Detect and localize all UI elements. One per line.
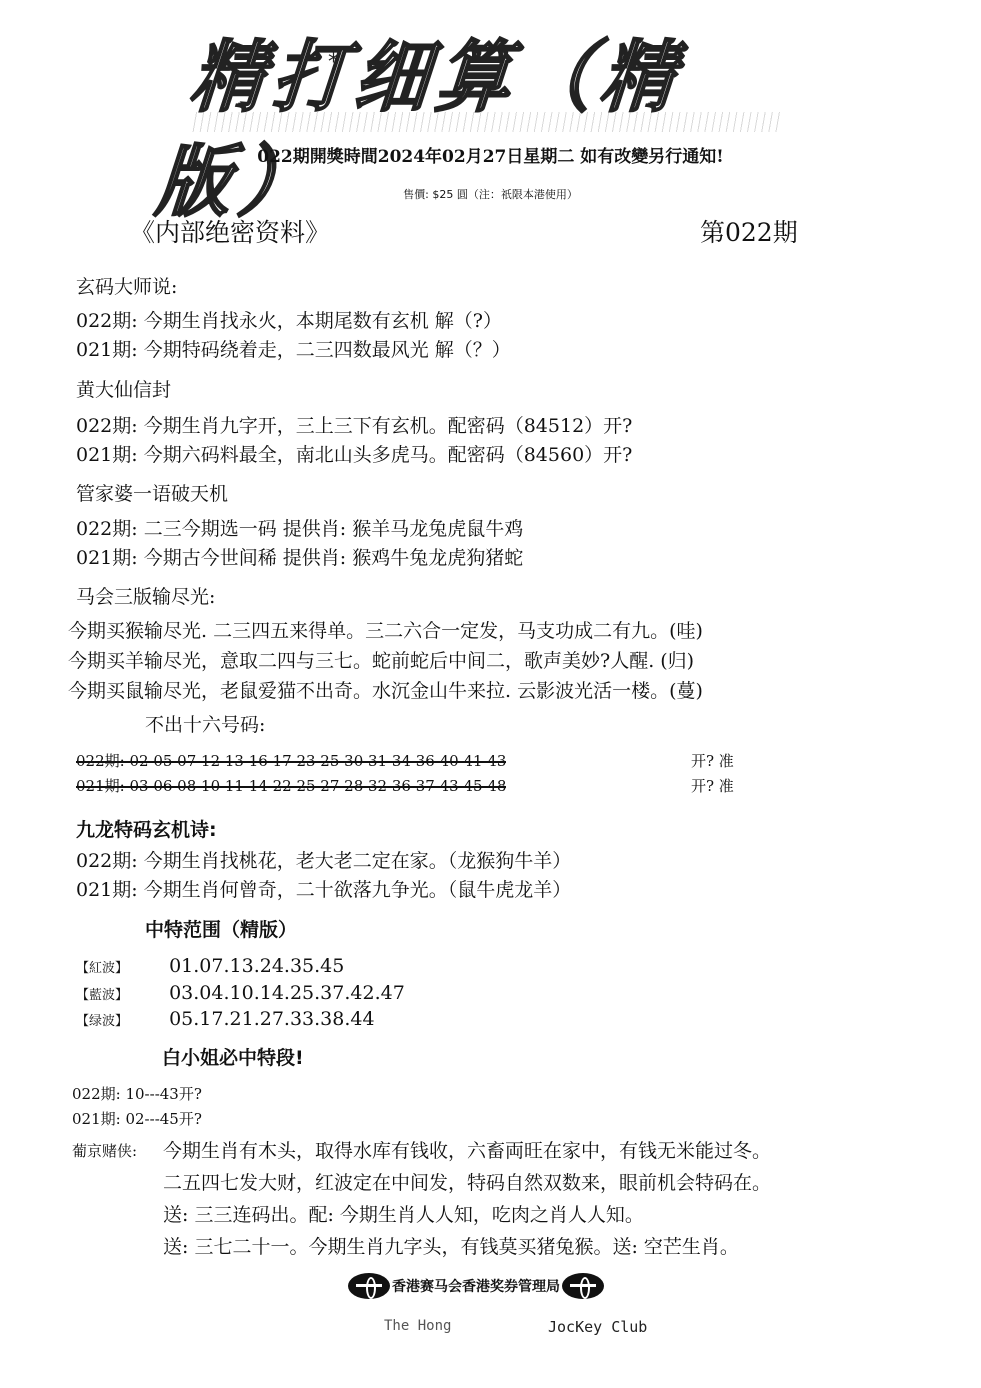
jiulong-line-021: 021期: 今期生肖何曾奇，二十欲落九争光。（鼠牛虎龙羊） [76, 875, 571, 902]
struck-numbers: 022期: 02 05 07 12 13 16 17 23 25 30 31 3… [76, 750, 506, 771]
row-suffix: 开? 准 [691, 775, 734, 796]
struck-numbers: 021期: 03 06 08 10 11 14 22 25 27 28 32 3… [76, 775, 506, 796]
line-text: 今期特码绕着走，二三四数最风光 解（？） [144, 339, 511, 361]
period-label: 022期: [76, 752, 125, 770]
issue-number: 第022期 [700, 213, 798, 249]
period-label: 021期: [76, 440, 138, 467]
period-label: 021期: [76, 875, 138, 902]
pujing-line-1: 今期生肖有木头，取得水库有钱收，六畜両旺在家中，有钱无米能过冬。 [163, 1136, 771, 1163]
footer-english-right: JocKey Club [548, 1318, 647, 1336]
footer-logo-row: 香港赛马会香港奖券管理局 [348, 1273, 604, 1299]
pujing-line-2: 二五四七发大财，红波定在中间发，特码自然双数来，眼前机会特码在。 [163, 1168, 771, 1195]
star-icon: * [328, 50, 339, 75]
price-note: 售價: $25 圓（注：祇限本港使用） [0, 186, 981, 202]
line-text: 今期生肖何曾奇，二十欲落九争光。（鼠牛虎龙羊） [144, 879, 572, 901]
period-label: 022期: [76, 411, 138, 438]
number-list: 02 05 07 12 13 16 17 23 25 30 31 34 36 4… [129, 752, 506, 770]
huangdaxian-line-022: 022期: 今期生肖九字开，三上三下有玄机。配密码（84512）开? [76, 411, 632, 438]
xuanma-line-021: 021期: 今期特码绕着走，二三四数最风光 解（？） [76, 335, 511, 362]
footer-org-name: 香港赛马会香港奖券管理局 [392, 1276, 560, 1296]
section-heading-xuanma: 玄码大师说: [76, 272, 177, 299]
section-heading-jiulong: 九龙特码玄机诗: [76, 815, 217, 842]
huangdaxian-line-021: 021期: 今期六码料最全，南北山头多虎马。配密码（84560）开? [76, 440, 632, 467]
period-label: 022期: [76, 846, 138, 873]
mahui-line-3: 今期买鼠输尽光，老鼠爱猫不出奇。水沉金山牛来拉. 云影波光活一楼。(蔓) [68, 676, 703, 703]
mahui-line-2: 今期买羊输尽光，意取二四与三七。蛇前蛇后中间二，歌声美妙?人醒. (归) [68, 646, 694, 673]
document-title: 《内部绝密资料》 [130, 213, 330, 249]
wave-label: 【藍波】 [76, 984, 164, 1003]
jockey-club-logo-icon [348, 1273, 390, 1299]
baixiaojie-line-022: 022期: 10---43开? [72, 1083, 202, 1104]
period-label: 022期: [76, 306, 138, 333]
section-heading-baixiaojie: 白小姐必中特段! [162, 1043, 304, 1070]
line-text: 10---43开? [125, 1085, 201, 1103]
banner-title: 精打细算（精版） * [180, 30, 780, 130]
buchu-row-021: 021期: 03 06 08 10 11 14 22 25 27 28 32 3… [76, 775, 796, 796]
section-heading-huangdaxian: 黄大仙信封 [76, 375, 171, 402]
wave-row-red: 【紅波】 01.07.13.24.35.45 [76, 955, 344, 977]
line-text: 今期生肖九字开，三上三下有玄机。配密码（84512）开? [144, 415, 633, 437]
baixiaojie-line-021: 021期: 02---45开? [72, 1108, 202, 1129]
wave-label: 【绿波】 [76, 1010, 164, 1029]
guanjiapo-line-022: 022期: 二三今期选一码 提供肖: 猴羊马龙兔虎鼠牛鸡 [76, 514, 523, 541]
wave-numbers: 05.17.21.27.33.38.44 [169, 1008, 374, 1030]
period-label: 022期: [72, 1083, 121, 1104]
period-label: 021期: [76, 335, 138, 362]
period-label: 021期: [76, 543, 138, 570]
period-label: 022期: [76, 514, 138, 541]
wave-row-blue: 【藍波】 03.04.10.14.25.37.42.47 [76, 982, 405, 1004]
pujing-line-4: 送: 三七二十一。今期生肖九字头，有钱莫买猪兔猴。送: 空芒生肖。 [163, 1232, 739, 1259]
row-suffix: 开? 准 [691, 750, 734, 771]
pujing-line-3: 送: 三三连码出。配: 今期生肖人人知，吃肉之肖人人知。 [163, 1200, 644, 1227]
jiulong-line-022: 022期: 今期生肖找桃花，老大老二定在家。（龙猴狗牛羊） [76, 846, 571, 873]
wave-row-green: 【绿波】 05.17.21.27.33.38.44 [76, 1008, 375, 1030]
buchu-row-022: 022期: 02 05 07 12 13 16 17 23 25 30 31 3… [76, 750, 796, 771]
line-text: 今期生肖找永火，本期尾数有玄机 解（?） [144, 310, 502, 332]
section-heading-guanjiapo: 管家婆一语破天机 [76, 479, 228, 506]
title-hatch-decoration [190, 112, 780, 132]
line-text: 今期古今世间稀 提供肖: 猴鸡牛兔龙虎狗猪蛇 [144, 547, 523, 569]
draw-time-notice: 022期開獎時間2024年02月27日星期二 如有改變另行通知! [0, 142, 981, 167]
line-text: 02---45开? [125, 1110, 201, 1128]
wave-numbers: 03.04.10.14.25.37.42.47 [169, 982, 405, 1004]
xuanma-line-022: 022期: 今期生肖找永火，本期尾数有玄机 解（?） [76, 306, 502, 333]
wave-numbers: 01.07.13.24.35.45 [169, 955, 344, 977]
jockey-club-logo-icon [562, 1273, 604, 1299]
wave-label: 【紅波】 [76, 957, 164, 976]
guanjiapo-line-021: 021期: 今期古今世间稀 提供肖: 猴鸡牛兔龙虎狗猪蛇 [76, 543, 523, 570]
period-label: 021期: [76, 777, 125, 795]
pujing-label: 葡京赌侠: [72, 1140, 137, 1161]
period-label: 021期: [72, 1108, 121, 1129]
mahui-line-1: 今期买猴输尽光. 二三四五来得单。三二六合一定发，马支功成二有九。(哇) [68, 616, 703, 643]
line-text: 二三今期选一码 提供肖: 猴羊马龙兔虎鼠牛鸡 [144, 518, 523, 540]
number-list: 03 06 08 10 11 14 22 25 27 28 32 36 37 4… [129, 777, 506, 795]
section-heading-buchu: 不出十六号码: [145, 710, 265, 737]
line-text: 今期生肖找桃花，老大老二定在家。（龙猴狗牛羊） [144, 850, 572, 872]
section-heading-zhongte: 中特范围（精版） [145, 915, 297, 942]
line-text: 今期六码料最全，南北山头多虎马。配密码（84560）开? [144, 444, 633, 466]
footer-english-left: The Hong [384, 1318, 451, 1334]
section-heading-mahui: 马会三版输尽光: [76, 582, 215, 609]
